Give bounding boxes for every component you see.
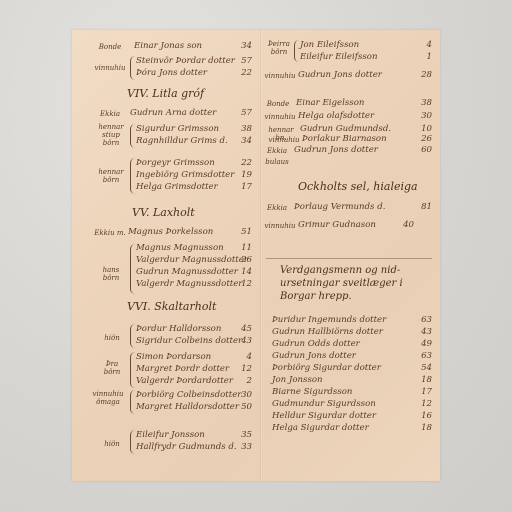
entry-age: 18 bbox=[421, 423, 432, 433]
entry-age: 4 bbox=[247, 352, 252, 362]
role-label: Bonde bbox=[264, 100, 292, 108]
entry-age: 10 bbox=[421, 124, 432, 134]
entry-age: 19 bbox=[241, 170, 252, 180]
entry-age: 35 bbox=[241, 430, 252, 440]
entry-name: Gudrun Gudmundsd. bbox=[300, 124, 391, 134]
role-label: Ekkia bbox=[94, 110, 126, 118]
entry-age: 49 bbox=[421, 339, 432, 349]
role-label: vinnuhiu bbox=[264, 72, 296, 80]
entry-name: Helga Grimsdotter bbox=[136, 182, 218, 192]
role-label: Þra börn bbox=[98, 360, 126, 376]
entry-age: 51 bbox=[241, 227, 252, 237]
right-page: Þeirra börn Jon Eileifsson 4 Eileifur Ei… bbox=[262, 30, 440, 481]
entry-name: Þorbiörg Colbeinsdotter bbox=[136, 390, 241, 400]
section-heading: VVI. Skaltarholt bbox=[127, 300, 216, 313]
entry-name: Margret Halldorsdotter bbox=[136, 402, 239, 412]
entry-age: 40 bbox=[403, 220, 414, 230]
brace bbox=[294, 40, 299, 62]
entry-name: Þorbiörg Sigurdar dotter bbox=[272, 363, 381, 373]
entry-age: 22 bbox=[241, 158, 252, 168]
entry-age: 14 bbox=[241, 267, 252, 277]
entry-name: Einar Eigelsson bbox=[296, 98, 364, 108]
entry-name: Magnus Þorkelsson bbox=[128, 227, 213, 237]
entry-age: 63 bbox=[421, 351, 432, 361]
entry-age: 22 bbox=[241, 68, 252, 78]
entry-name: Þorgeyr Grimsson bbox=[136, 158, 215, 168]
role-label: hiön bbox=[98, 334, 126, 342]
entry-name: Simon Þordarson bbox=[136, 352, 211, 362]
entry-age: 17 bbox=[421, 387, 432, 397]
brace bbox=[130, 244, 135, 294]
brace bbox=[130, 124, 135, 148]
entry-age: 12 bbox=[421, 399, 432, 409]
entry-name: Einar Jonas son bbox=[134, 41, 202, 51]
brace bbox=[130, 352, 135, 388]
entry-age: 54 bbox=[421, 363, 432, 373]
entry-age: 2 bbox=[247, 376, 252, 386]
entry-age: 30 bbox=[241, 390, 252, 400]
entry-name: Þuridur Ingemunds dotter bbox=[272, 315, 386, 325]
role-label: Ekkiu m. bbox=[94, 229, 126, 237]
entry-name: Gudrun Odds dotter bbox=[272, 339, 360, 349]
entry-name: Sigridur Colbeins dotter bbox=[136, 336, 242, 346]
entry-age: 33 bbox=[241, 442, 252, 452]
entry-name: Biarne Sigurdsson bbox=[272, 387, 352, 397]
entry-name: Þorlaug Vermunds d. bbox=[294, 202, 385, 212]
section-heading: Verdgangsmenn og nid-ursetningar sveitlæ… bbox=[280, 264, 420, 303]
entry-name: Þorlakur Biarnason bbox=[302, 134, 387, 144]
role-label: bulaus bbox=[264, 158, 290, 166]
entry-name: Eileifur Jonsson bbox=[136, 430, 205, 440]
entry-name: Gudrun Hallbiörns dotter bbox=[272, 327, 383, 337]
role-label: vinnuhiu ömaga bbox=[88, 390, 128, 406]
entry-age: 60 bbox=[421, 145, 432, 155]
entry-age: 30 bbox=[421, 111, 432, 121]
section-heading: VV. Laxholt bbox=[132, 206, 195, 219]
entry-name: Valgerdur Magnussdotter bbox=[136, 255, 248, 265]
entry-name: Helga Sigurdar dotter bbox=[272, 423, 369, 433]
entry-age: 4 bbox=[427, 40, 432, 50]
role-label: hans börn bbox=[96, 266, 126, 282]
entry-age: 63 bbox=[421, 315, 432, 325]
entry-age: 16 bbox=[421, 411, 432, 421]
brace bbox=[130, 56, 135, 80]
entry-name: Jon Jonsson bbox=[272, 375, 323, 385]
entry-age: 34 bbox=[241, 41, 252, 51]
left-page: Bonde Einar Jonas son 34 vinnuhiu Steinv… bbox=[72, 30, 260, 481]
brace bbox=[130, 430, 135, 454]
entry-name: Valgerdr Þordardotter bbox=[136, 376, 233, 386]
entry-name: Þordur Halldorsson bbox=[136, 324, 221, 334]
brace bbox=[130, 324, 135, 348]
entry-age: 1 bbox=[427, 52, 432, 62]
entry-name: Ragnhilldur Grims d. bbox=[136, 136, 228, 146]
entry-name: Margret Þordr dotter bbox=[136, 364, 229, 374]
entry-age: 45 bbox=[241, 324, 252, 334]
role-label: Ekkia bbox=[264, 147, 290, 155]
role-label: hennar börn bbox=[96, 168, 126, 184]
entry-name: Magnus Magnusson bbox=[136, 243, 224, 253]
entry-name: Gudrun Jons dotter bbox=[298, 70, 382, 80]
entry-age: 34 bbox=[241, 136, 252, 146]
entry-name: Valgerdr Magnussdotter bbox=[136, 279, 242, 289]
section-heading: Ockholts sel, hialeiga bbox=[298, 180, 418, 193]
entry-name: Gudrun Jons dotter bbox=[294, 145, 378, 155]
role-label: vinnuhiu bbox=[268, 136, 300, 144]
role-label: Bonde bbox=[94, 43, 126, 51]
role-label: vinnuhiu bbox=[90, 64, 130, 72]
entry-age: 26 bbox=[241, 255, 252, 265]
entry-age: 28 bbox=[421, 70, 432, 80]
entry-name: Helldur Sigurdar dotter bbox=[272, 411, 376, 421]
role-label: hennar stiup börn bbox=[96, 123, 126, 147]
brace bbox=[130, 158, 135, 194]
entry-name: Gudrun Jons dotter bbox=[272, 351, 356, 361]
entry-age: 17 bbox=[241, 182, 252, 192]
role-label: Ekkia bbox=[264, 204, 290, 212]
entry-name: Gudmundur Sigurdsson bbox=[272, 399, 376, 409]
entry-name: Jon Eileifsson bbox=[300, 40, 359, 50]
entry-name: Þóra Jons dotter bbox=[136, 68, 207, 78]
entry-name: Ingebiörg Grimsdotter bbox=[136, 170, 234, 180]
entry-name: Helga olafsdotter bbox=[298, 111, 374, 121]
entry-age: 26 bbox=[421, 134, 432, 144]
role-label: Þeirra börn bbox=[266, 40, 292, 56]
entry-name: Sigurdur Grimsson bbox=[136, 124, 219, 134]
role-label: vinnuhiu bbox=[264, 222, 296, 230]
entry-age: 43 bbox=[421, 327, 432, 337]
role-label: vinnuhiu bbox=[264, 113, 296, 121]
entry-name: Eileifur Eileifsson bbox=[300, 52, 377, 62]
entry-age: 18 bbox=[421, 375, 432, 385]
brace bbox=[130, 390, 135, 414]
entry-age: 12 bbox=[241, 279, 252, 289]
entry-name: Steinvör Þordar dotter bbox=[136, 56, 235, 66]
entry-age: 11 bbox=[241, 243, 252, 253]
manuscript-page: Bonde Einar Jonas son 34 vinnuhiu Steinv… bbox=[72, 30, 440, 481]
divider bbox=[266, 258, 432, 259]
entry-age: 57 bbox=[241, 56, 252, 66]
entry-age: 81 bbox=[421, 202, 432, 212]
section-heading: VIV. Litla gróf bbox=[127, 87, 204, 100]
entry-name: Gudrun Arna dotter bbox=[130, 108, 216, 118]
role-label: hiön bbox=[98, 440, 126, 448]
entry-age: 38 bbox=[241, 124, 252, 134]
entry-name: Gudrun Magnussdotter bbox=[136, 267, 238, 277]
entry-age: 38 bbox=[421, 98, 432, 108]
entry-age: 50 bbox=[241, 402, 252, 412]
entry-age: 43 bbox=[241, 336, 252, 346]
entry-age: 57 bbox=[241, 108, 252, 118]
entry-name: Grimur Gudnason bbox=[298, 220, 376, 230]
entry-age: 12 bbox=[241, 364, 252, 374]
entry-name: Hallfrydr Gudmunds d. bbox=[136, 442, 237, 452]
